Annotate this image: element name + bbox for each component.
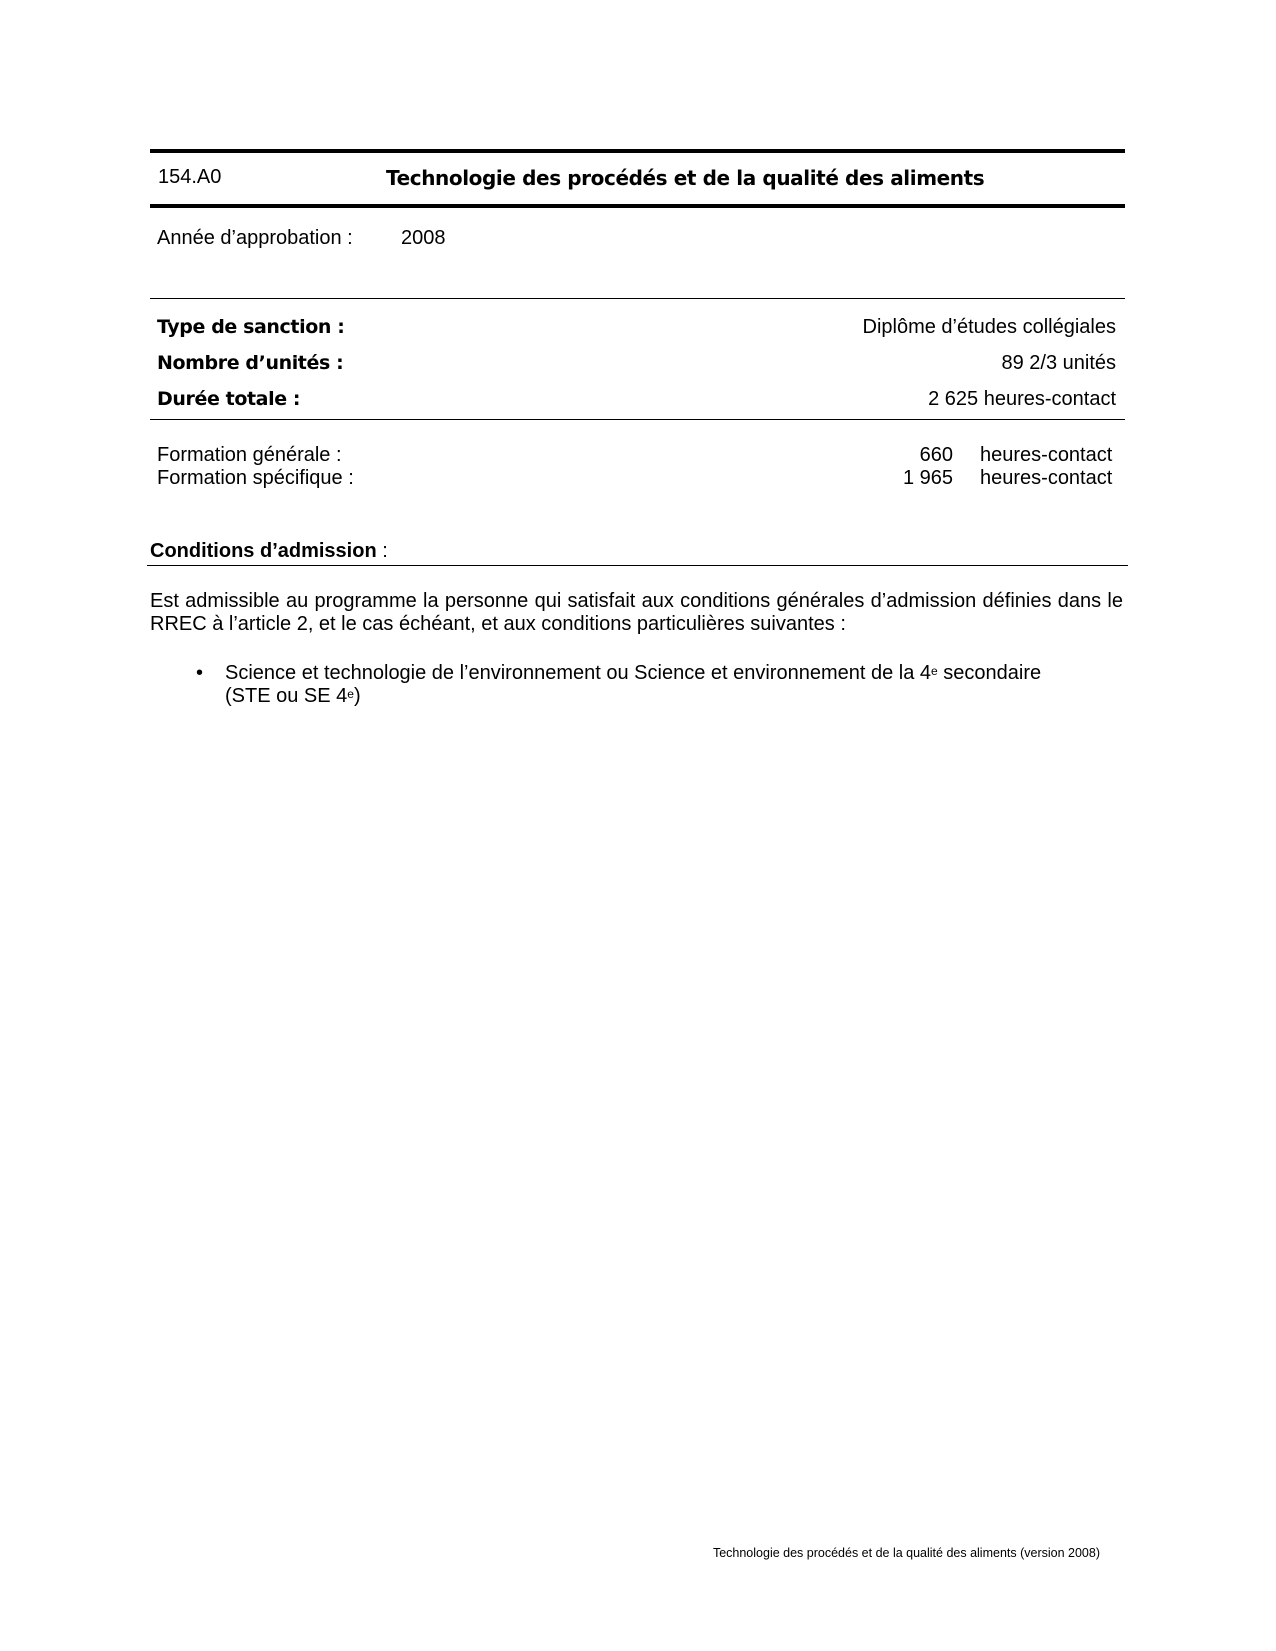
total-duration-value: 2 625 heures-contact bbox=[928, 388, 1116, 411]
page-footer: Technologie des procédés et de la qualit… bbox=[600, 1546, 1100, 1560]
bullet-line-1: Science et technologie de l’environnemen… bbox=[225, 662, 1123, 685]
admission-bullet-item: Science et technologie de l’environnemen… bbox=[225, 662, 1123, 708]
specific-training-hours: 1 965 bbox=[903, 467, 953, 490]
specific-training-label: Formation spécifique : bbox=[157, 467, 354, 490]
sanction-type-label: Type de sanction : bbox=[157, 316, 344, 338]
bullet-icon: • bbox=[196, 662, 203, 685]
general-training-hours: 660 bbox=[920, 444, 953, 467]
summary-top-rule bbox=[150, 298, 1125, 299]
specific-training-unit: heures-contact bbox=[980, 467, 1112, 490]
sanction-type-value: Diplôme d’études collégiales bbox=[863, 316, 1116, 339]
general-training-unit: heures-contact bbox=[980, 444, 1112, 467]
admission-heading: Conditions d’admission : bbox=[150, 540, 388, 563]
summary-bottom-rule bbox=[150, 419, 1125, 420]
bullet-line2-text: (STE ou SE 4 bbox=[225, 685, 347, 707]
bullet-text-end: secondaire bbox=[938, 662, 1041, 684]
superscript: e bbox=[347, 687, 354, 701]
general-training-label: Formation générale : bbox=[157, 444, 342, 467]
superscript: e bbox=[931, 664, 938, 678]
admission-heading-suffix: : bbox=[377, 540, 388, 562]
program-title: Technologie des procédés et de la qualit… bbox=[386, 166, 984, 190]
bullet-line2-end: ) bbox=[354, 685, 361, 707]
bullet-line-2: (STE ou SE 4e) bbox=[225, 685, 1123, 708]
program-code: 154.A0 bbox=[158, 166, 221, 189]
total-duration-label: Durée totale : bbox=[157, 388, 300, 410]
approval-year: 2008 bbox=[401, 227, 446, 250]
units-value: 89 2/3 unités bbox=[1001, 352, 1116, 375]
admission-paragraph: Est admissible au programme la personne … bbox=[150, 590, 1123, 636]
approval-label: Année d’approbation : bbox=[157, 227, 353, 250]
admission-rule bbox=[147, 565, 1128, 566]
header-top-rule bbox=[150, 149, 1125, 153]
units-label: Nombre d’unités : bbox=[157, 352, 343, 374]
admission-heading-text: Conditions d’admission bbox=[150, 540, 377, 562]
bullet-text: Science et technologie de l’environnemen… bbox=[225, 662, 931, 684]
header-bottom-rule bbox=[150, 204, 1125, 208]
